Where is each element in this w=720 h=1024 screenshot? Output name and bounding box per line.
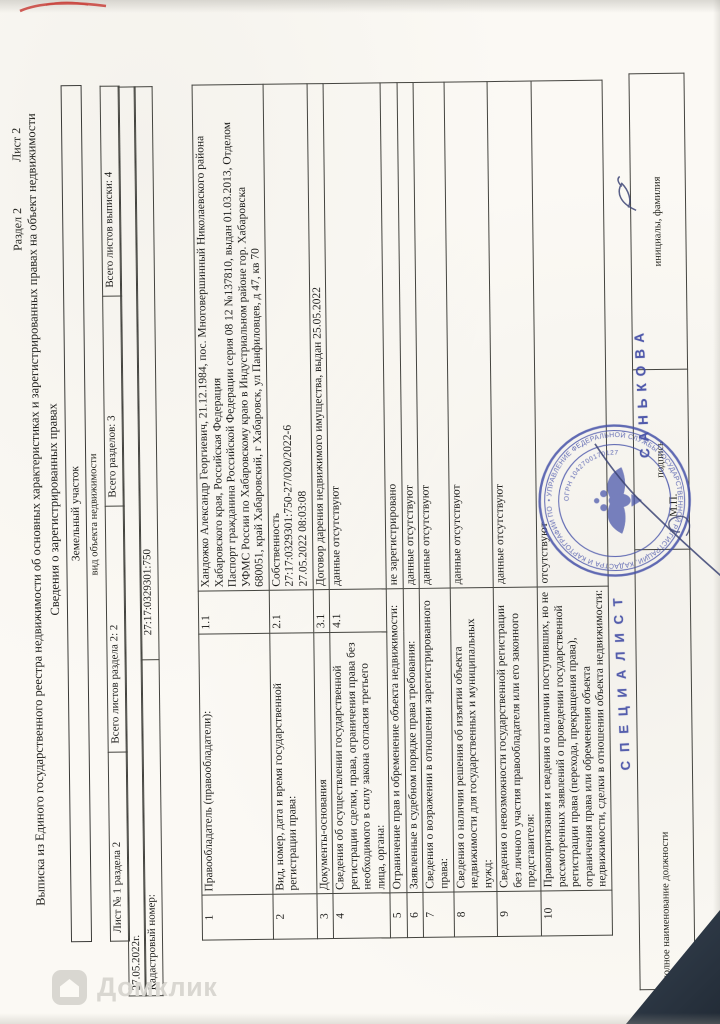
row-subnumber: 2.1 [269,590,313,634]
handwritten-signature [572,392,720,609]
row-number: 4 [333,893,391,939]
row-number: 6 [407,892,424,937]
row-label: Сведения о невозможности государственной… [493,587,540,892]
row-number: 9 [497,891,541,937]
row-label: Вид, номер, дата и время государственной… [270,633,317,895]
row-number: 2 [273,894,317,940]
section-label: Раздел 2 [10,208,26,251]
section-sheet-header: Раздел 2 Лист 2 [9,128,26,251]
stamped-position-text: СПЕЦИАЛИСТ [610,589,634,771]
row-subnumber: 3.1 [313,590,330,633]
position-caption: полное наименование должности [635,549,695,990]
row-value: Собственность 27:17:0329301:750-27/020/2… [263,84,313,590]
row-label: Сведения о наличии решения об изъятии об… [450,588,497,893]
table-row: 4 Сведения об осуществлении государствен… [323,83,391,939]
row-number: 1 [202,894,273,940]
row-number: 10 [541,890,612,936]
row-number: 7 [423,892,454,937]
row-subnumber: 4.1 [329,589,387,633]
photo-shading-bottom [0,1013,720,1024]
document-photo: Раздел 2 Лист 2 Выписка из Единого госуд… [0,0,720,1024]
row-label: Правопритязания и сведения о наличии пос… [537,586,612,891]
domclick-watermark-text: Домклик [97,972,217,1003]
row-label: Сведения об осуществлении государственно… [330,632,390,894]
sheet-label: Лист 2 [9,128,24,162]
row-number: 5 [390,893,407,938]
row-value: данные отсутствуют [444,82,494,588]
table-row: 1 Правообладатель (правообладатели): 1.1… [192,84,273,940]
row-number: 3 [316,894,333,939]
row-number: 8 [454,892,498,938]
cadastral-label-cell: Кадастровый номер: [141,660,163,996]
red-pen-mark [16,0,126,15]
handwritten-initials-mark [608,172,643,216]
row-label: Сведения о возражении в отношении зареги… [420,588,454,892]
rotated-egrn-page: Раздел 2 Лист 2 Выписка из Единого госуд… [0,0,720,1022]
row-value: данные отсутствуют [323,83,386,590]
row-label: Правообладатель (правообладатели): [199,633,273,895]
row-value: Хандожко Александр Георгиевич, 21.12.198… [192,84,269,591]
domclick-watermark: Домклик [52,970,217,1005]
domclick-logo-icon [52,970,87,1005]
row-subnumber: 1.1 [198,590,269,634]
